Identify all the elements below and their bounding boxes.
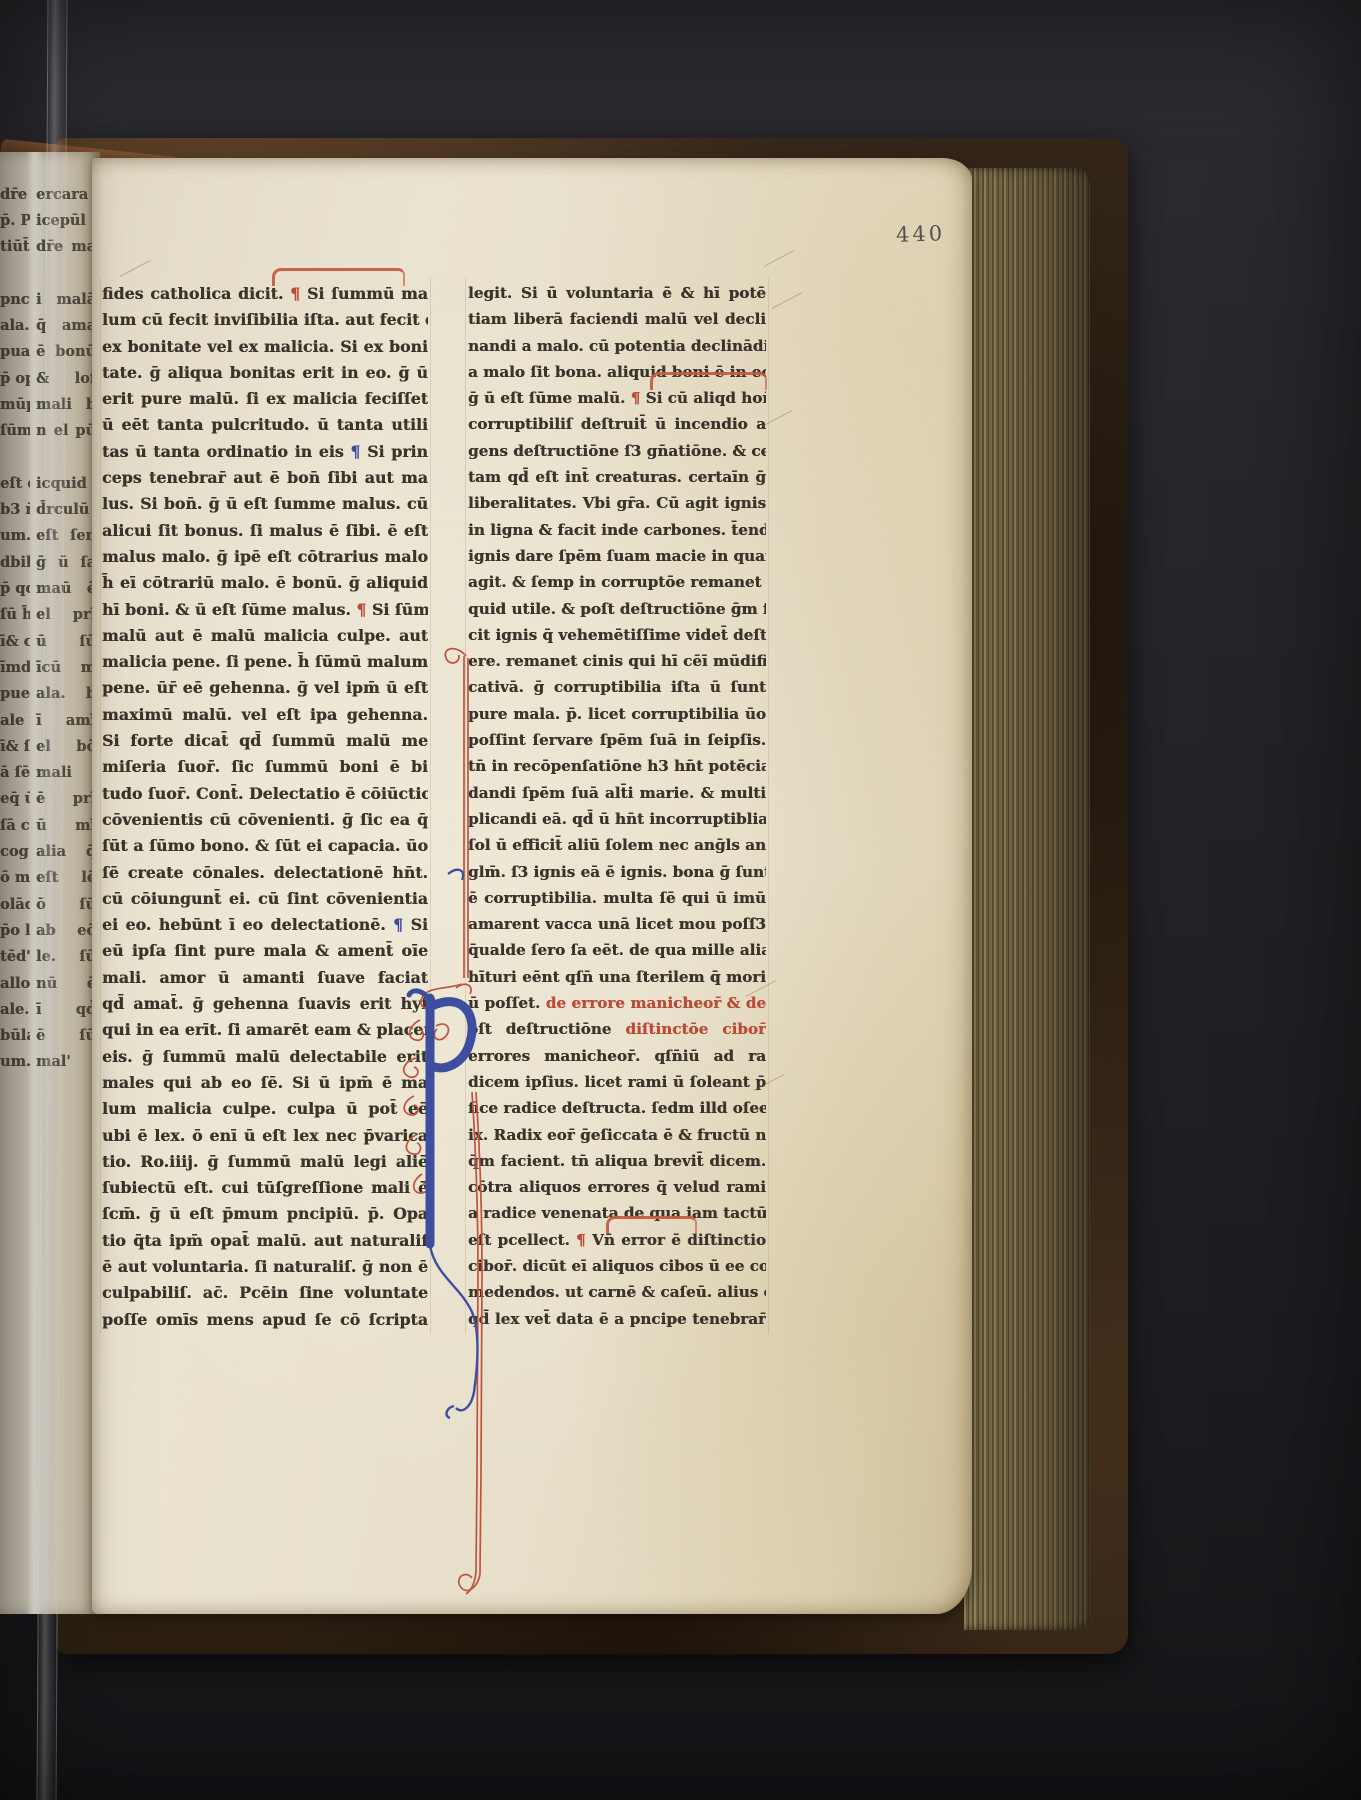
text-line: fice radice deſtructa. ſedm illd oſee xyxy=(468,1095,766,1121)
text-line: tn̄ in recōpenſatiōne h3 hn̄t potēcia xyxy=(468,753,766,779)
text-line: pure mala. p̄. licet corruptibilia ūo xyxy=(468,701,766,727)
text-line: poſſint ſervare ſpēm ſuā in ſeipſis. xyxy=(468,727,766,753)
text-line: erit pure malū. ſi ex malicia feciſſet xyxy=(102,386,428,412)
text-line: cativā. ḡ corruptibilia iſta ū ſunt xyxy=(468,674,766,700)
fore-edge-page-stack xyxy=(964,168,1090,1630)
text-line: qd̄ lex vet̄ data ē a pncipe tenebrar̄ xyxy=(468,1306,766,1332)
text-line: liberalitates. Vbi gr̄a. Cū agit ignis xyxy=(468,490,766,516)
text-line: lus. Si bon̄. ḡ ū eſt ſumme malus. cū xyxy=(102,491,428,517)
text-line: q̄m facient. tn̄ aliqua brevit̄ dicem. xyxy=(468,1148,766,1174)
text-line: pene. ūr̄ eē gehenna. ḡ vel ipm̄ ū eſt xyxy=(102,675,428,701)
text-line: allo m xyxy=(0,971,30,997)
text-line xyxy=(0,155,30,181)
text-line: quid utile. & poſt deſtructiōne ḡm ſa xyxy=(468,596,766,622)
text-line: dbile. ē xyxy=(0,550,30,576)
text-line: ā ſē xyxy=(0,760,30,786)
text-line: ale ſū xyxy=(0,708,30,734)
text-line: cit ignis q̄ vehemētiſſime videt̄ deſtru xyxy=(468,622,766,648)
text-line: hī boni. & ū eſt ſūme malus. ¶ Si ſūmū xyxy=(102,597,428,623)
red-line-bracket xyxy=(650,372,767,390)
text-line: um. lī xyxy=(0,1049,30,1075)
text-line: p̄ qd̄ ḡ xyxy=(0,576,30,602)
ruling-line xyxy=(100,278,101,1334)
text-line xyxy=(0,260,30,286)
text-line: in ligna & facit inde carbones. t̄endit xyxy=(468,517,766,543)
text-line: p̄. P xyxy=(0,208,30,234)
text-line: dicem ipſius. licet rami ū ſoleant p̄ xyxy=(468,1069,766,1095)
text-line: ō mī p xyxy=(0,865,30,891)
text-line: ī& cū xyxy=(0,629,30,655)
manuscript-photo: dr̄e ēp̄. Ptiūt̄pncpala. ſpuasp̄ opumūpſ… xyxy=(0,0,1361,1800)
text-line: tas ū tanta ordinatio in eis ¶ Si prin xyxy=(102,439,428,465)
text-line: lum cū fecit inviſibilia iſta. aut fecit… xyxy=(102,307,428,333)
text-line: tiam liberā faciendi malū vel decli xyxy=(468,306,766,332)
text-line: eū ipſa ſint pure mala & ament̄ oīe xyxy=(102,938,428,964)
text-line: tate. ḡ aliqua bonitas erit in eo. ḡ ū xyxy=(102,360,428,386)
text-line: ſūt a ſūmo bono. & ſūt ei capacia. ūo xyxy=(102,833,428,859)
verso-text-fragments-outer: dr̄e ēp̄. Ptiūt̄pncpala. ſpuasp̄ opumūpſ… xyxy=(0,129,30,1076)
text-line: amarent vacca unā licet mou poſſ3 xyxy=(468,911,766,937)
text-line: dr̄e ē xyxy=(0,182,30,208)
text-line: mali. amor ū amanti ſuave faciat xyxy=(102,965,428,991)
text-line: ignis dare ſpēm ſuam macie in quam xyxy=(468,543,766,569)
text-line: olāda xyxy=(0,892,30,918)
text-line: cibor̄. dicūt eī aliquos cibos ū ee co xyxy=(468,1253,766,1279)
red-line-bracket xyxy=(272,268,405,286)
text-line: qd̄ amat̄. ḡ gehenna ſuavis erit hyſ xyxy=(102,991,428,1017)
text-line: ſol ū efficit̄ aliū ſolem nec anḡls an xyxy=(468,832,766,858)
left-text-column: fides catholica dicit. ¶ Si ſummū malum … xyxy=(102,281,428,1333)
text-line: malū aut ē malū malicia culpe. aut xyxy=(102,623,428,649)
text-line: p̄o le xyxy=(0,918,30,944)
text-line: cū cōiungunt̄ ei. cū ſint cōvenientia xyxy=(102,886,428,912)
text-line: culpabiliſ. ac̄. Pcēin ſine voluntate xyxy=(102,1280,428,1306)
text-line: malus malo. ḡ ipē eſt cōtrarius malo xyxy=(102,544,428,570)
text-line: cog m xyxy=(0,839,30,865)
text-line: ē corruptibilia. multa ſē qui ū imū xyxy=(468,885,766,911)
text-line: tudo ſuor̄. Cont̄. Delectatio ē cōiūctio xyxy=(102,781,428,807)
text-line: legit. Si ū voluntaria ē & hī potē xyxy=(468,280,766,306)
text-line: būlat̄ xyxy=(0,1023,30,1049)
right-text-column: legit. Si ū voluntaria ē & hī potētiam l… xyxy=(468,280,766,1332)
text-line: ere. remanet cinis qui hī cēī mūdifi xyxy=(468,648,766,674)
text-line: ſūmū xyxy=(0,418,30,444)
text-line: glm̄. ſ3 ignis eā ē ignis. bona ḡ ſunt xyxy=(468,859,766,885)
text-line: tio. Ro.iiij. ḡ ſummū malū legi aliē xyxy=(102,1149,428,1175)
text-line: ale. ſp̄ xyxy=(0,997,30,1023)
text-line: eis. ḡ ſummū malū delectabile erit xyxy=(102,1044,428,1070)
text-line: males qui ab eo ſē. Si ū ipm̄ ē ma xyxy=(102,1070,428,1096)
text-line: p̄ opu xyxy=(0,366,30,392)
text-line xyxy=(0,445,30,471)
text-line: mūp xyxy=(0,392,30,418)
text-line: poſſe omīs mens apud ſe cō ſcripta xyxy=(102,1307,428,1333)
text-line: pncp xyxy=(0,287,30,313)
text-line: agit. & ſemp in corruptōe remanet ali xyxy=(468,569,766,595)
text-line: ala. ſ xyxy=(0,313,30,339)
text-line: errores manicheor̄. qſn̄iū ad ra xyxy=(468,1043,766,1069)
text-line: um. q̄ xyxy=(0,523,30,549)
text-line: ſē create cōnales. delectationē hn̄t. xyxy=(102,860,428,886)
text-line: dandi ſpēm ſuā alt̄i marie. & multi xyxy=(468,780,766,806)
text-line: maximū malū. vel eſt ipa gehenna. xyxy=(102,702,428,728)
text-line: tio q̄ta ipm̄ opat̄ malū. aut naturaliſ xyxy=(102,1228,428,1254)
text-line: ē aut voluntaria. ſi naturaliſ. ḡ non ē xyxy=(102,1254,428,1280)
text-line: tam qd̄ eſt int̄ creaturas. certaīn ḡ xyxy=(468,464,766,490)
text-line: oſt deſtructiōne diſtinctōe cibor̄ xyxy=(468,1016,766,1042)
text-line: ex bonitate vel ex malicia. Si ex boni xyxy=(102,334,428,360)
text-line: cōtra aliquos errores q̄ velud rami xyxy=(468,1174,766,1200)
text-line: tēd' xyxy=(0,944,30,970)
text-line: Si forte dicat̄ qd̄ ſummū malū me xyxy=(102,728,428,754)
text-line: gens deſtructiōne ſ3 gn̄atiōne. & cer xyxy=(468,438,766,464)
text-line: ubi ē lex. ō enī ū eſt lex nec p̄varica xyxy=(102,1123,428,1149)
red-line-bracket xyxy=(606,1216,697,1234)
illuminated-initial-P-filigree xyxy=(392,622,512,1632)
text-line: ceps tenebrar̄ aut ē bon̄ ſibi aut ma xyxy=(102,465,428,491)
text-line: ei eo. hebūnt ī eo delectationē. ¶ Si xyxy=(102,912,428,938)
text-line: hīturi eēnt qſn̄ una ſterilem q̄ mori xyxy=(468,964,766,990)
text-line: corruptibiliſ deſtruit̄ ū incendio a xyxy=(468,411,766,437)
text-line: miſeria ſuor̄. ſic ſummū boni ē bi xyxy=(102,754,428,780)
text-line: tiūt̄ xyxy=(0,234,30,260)
text-line: pue m xyxy=(0,681,30,707)
text-line: malicia pene. ſi pene. h̄ ſūmū malum xyxy=(102,649,428,675)
text-line: eq̄ ū xyxy=(0,786,30,812)
text-line: nandi a malo. cū potentia declinādi xyxy=(468,333,766,359)
folio-number: 440 xyxy=(896,221,946,247)
text-line: q̄ualde ſero ſa eēt. de qua mille alias xyxy=(468,937,766,963)
text-line: qui in ea erīt. ſi amarēt eam & placeret xyxy=(102,1017,428,1043)
text-line xyxy=(0,129,30,155)
text-line: eſt dr̄e xyxy=(0,471,30,497)
text-line: h̄ eī cōtrariū malo. ē bonū. ḡ aliquid xyxy=(102,570,428,596)
text-line: ū poſſet. de errore manicheor̄ & de xyxy=(468,990,766,1016)
text-line: ix. Radix eor̄ ḡeſiccata ē & fructū neḡ xyxy=(468,1122,766,1148)
text-line: medendos. ut carnē & caſeū. alius ē xyxy=(468,1279,766,1305)
text-line: ū eēt tanta pulcritudo. ū tanta utili xyxy=(102,412,428,438)
text-line: ſcm̄. ḡ ū eſt p̄mum pncipiū. p̄. Opa xyxy=(102,1201,428,1227)
text-line: alicui ſit bonus. ſi malus ē ſibi. ē eſt xyxy=(102,518,428,544)
text-line: ſū h̄ xyxy=(0,602,30,628)
ruling-line xyxy=(768,278,769,1334)
text-line: ſubiectū eſt. cui tūſgreſſione mali ē xyxy=(102,1175,428,1201)
text-line: ſā cō xyxy=(0,813,30,839)
text-line: puas xyxy=(0,339,30,365)
text-line: plicandi eā. qd̄ ū hn̄t incorruptiblia. xyxy=(468,806,766,832)
text-line: lum malicia culpe. culpa ū pot̄ eē xyxy=(102,1096,428,1122)
text-line: īmd xyxy=(0,655,30,681)
text-line: cōvenientis cū cōvenienti. ḡ ſic ea q̄ xyxy=(102,807,428,833)
text-line: b3 r̄ ḡ xyxy=(0,497,30,523)
text-line: ī& ſū xyxy=(0,734,30,760)
